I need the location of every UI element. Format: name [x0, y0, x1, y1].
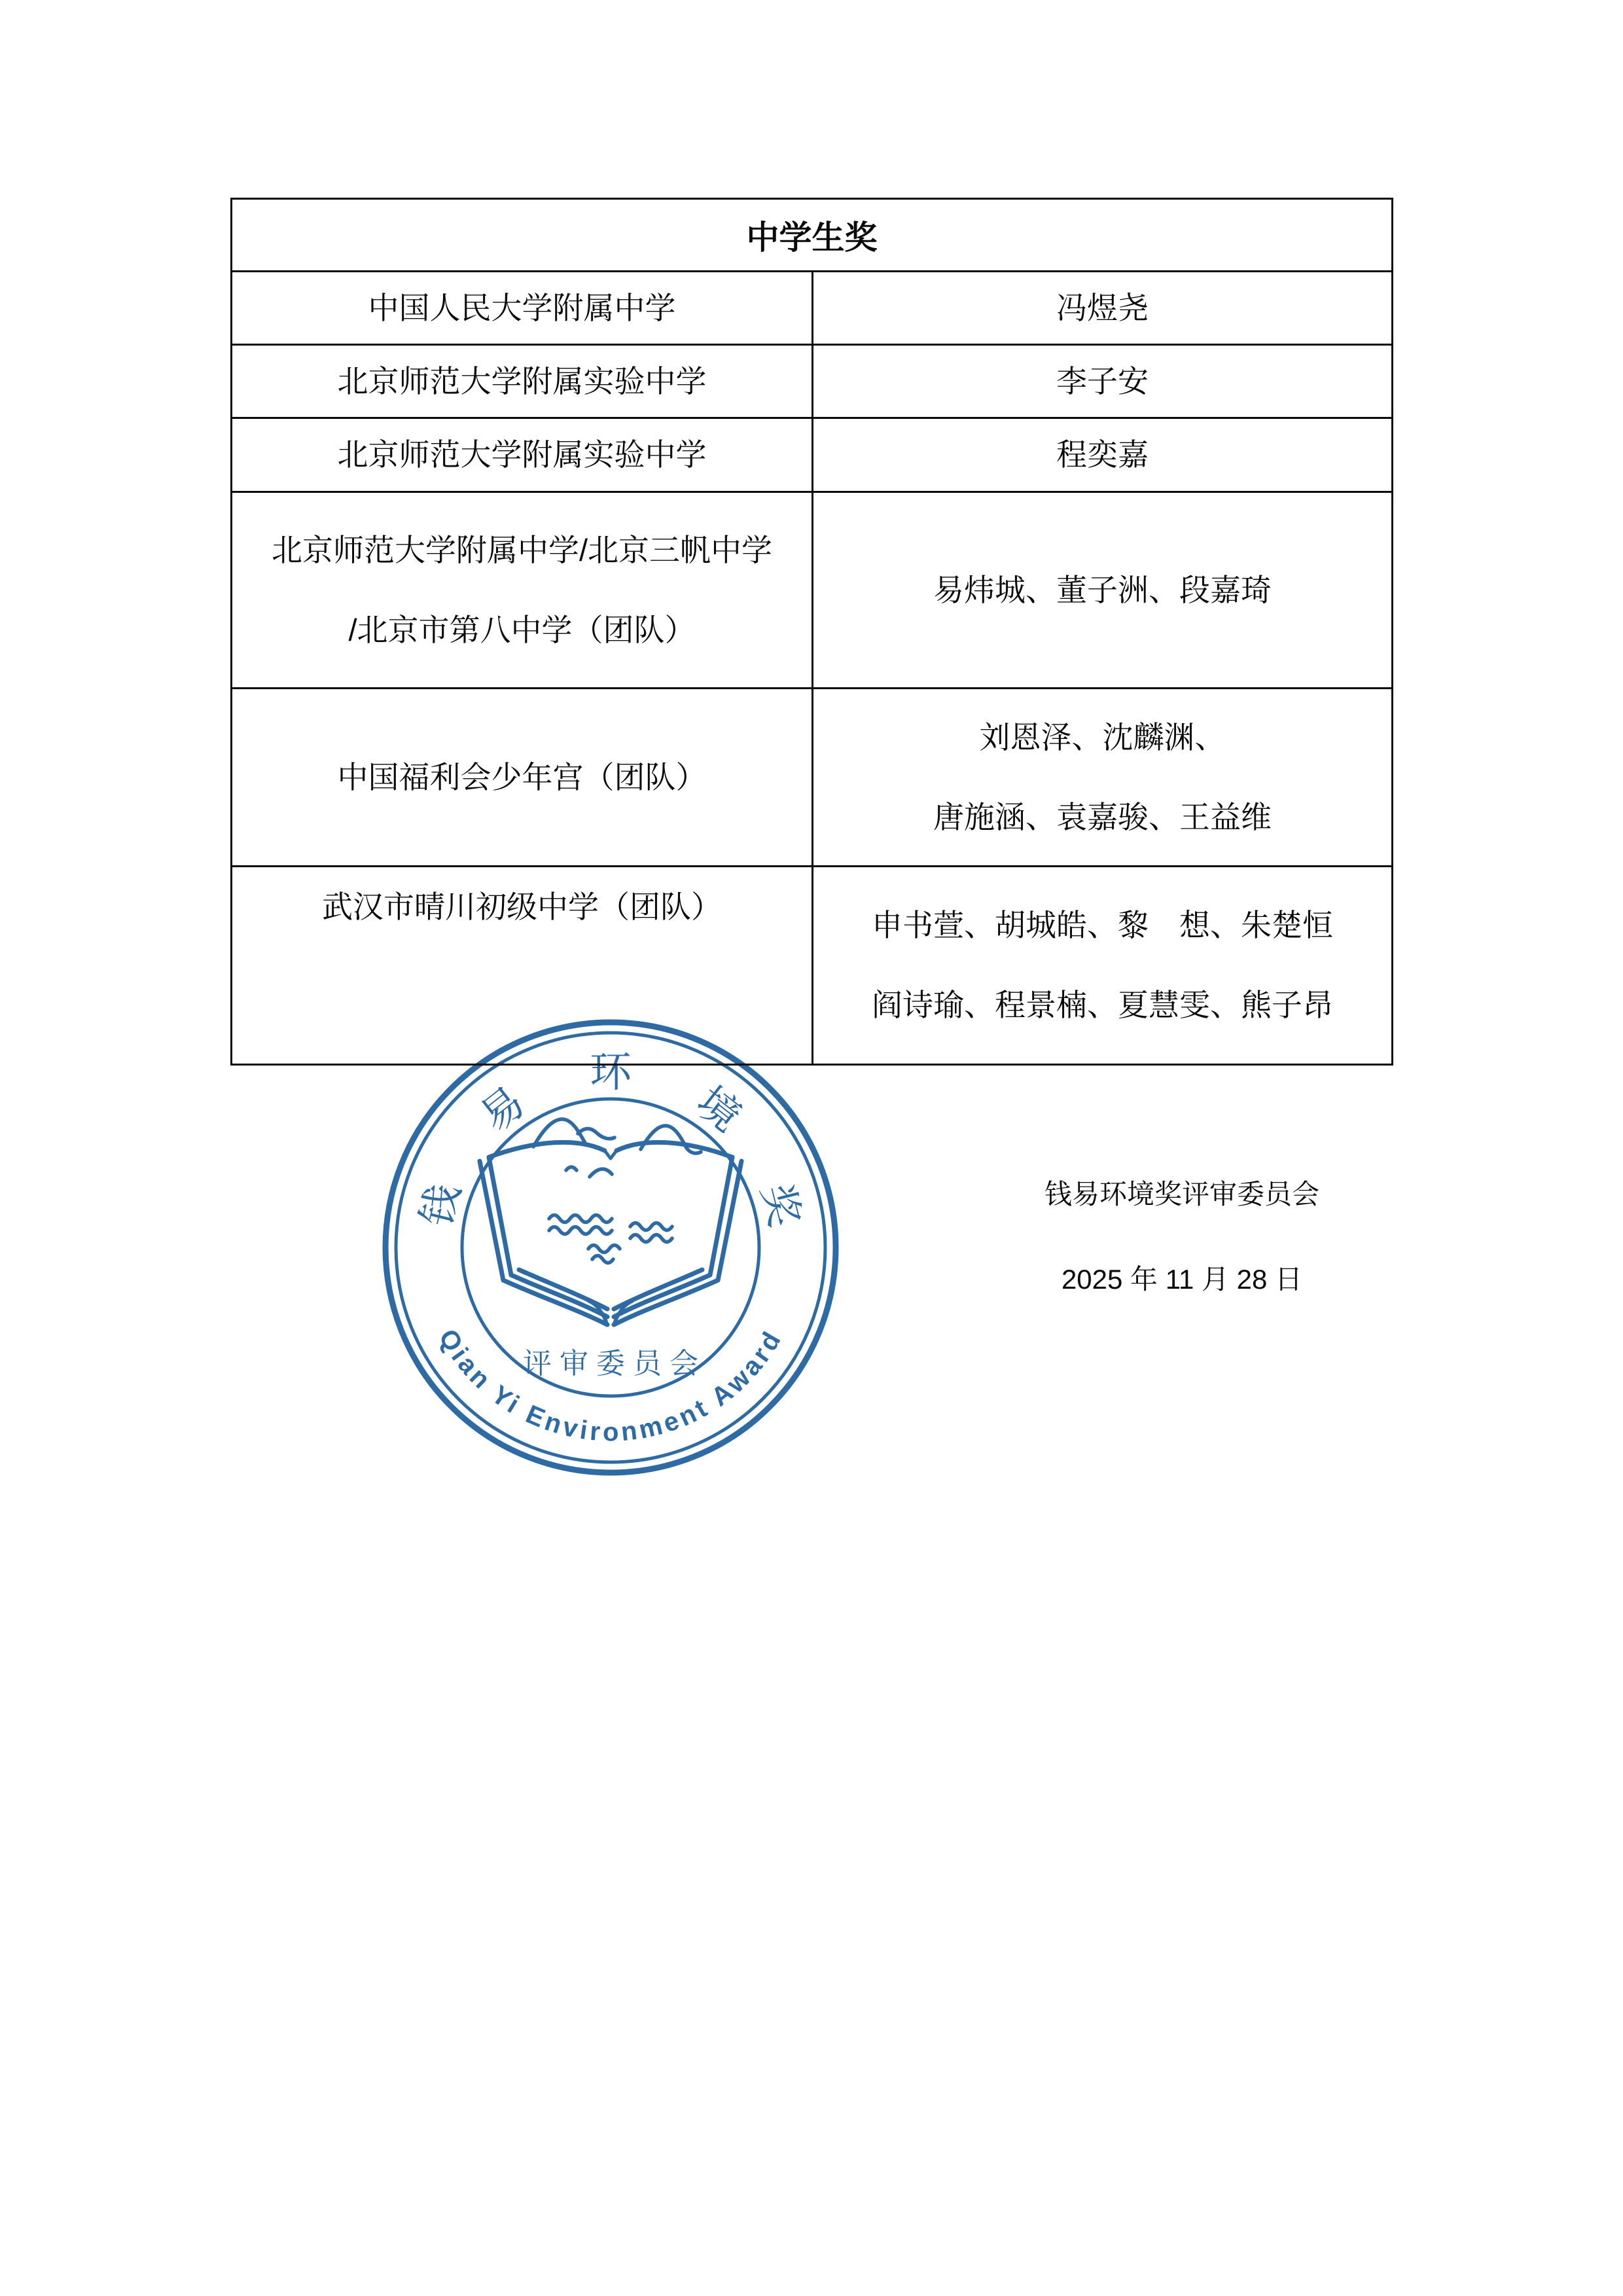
student-names: 刘恩泽、沈麟渊、 — [980, 698, 1226, 778]
school-cell: 中国人民大学附属中学 — [232, 272, 813, 344]
award-seal-stamp: 钱 易 环 境 奖 Qian Yi Environment Award 评审委员… — [382, 1018, 840, 1477]
table-row: 中国人民大学附属中学 冯煜尧 — [232, 272, 1391, 346]
student-cell: 李子安 — [813, 346, 1391, 417]
student-names: 冯煜尧 — [1056, 268, 1149, 348]
school-cell: 武汉市晴川初级中学（团队） — [232, 867, 813, 1064]
student-cell: 易炜城、董子洲、段嘉琦 — [813, 493, 1391, 687]
student-cell: 申书萱、胡城皓、黎 想、朱楚恒 阎诗瑜、程景楠、夏慧雯、熊子昂 — [813, 867, 1391, 1064]
seal-top-char: 奖 — [753, 1179, 808, 1231]
school-cell: 北京师范大学附属实验中学 — [232, 346, 813, 417]
student-cell: 程奕嘉 — [813, 419, 1391, 491]
school-cell: 中国福利会少年宫（团队） — [232, 689, 813, 865]
table-header-award-category: 中学生奖 — [232, 200, 1391, 272]
student-names: 申书萱、胡城皓、黎 想、朱楚恒 — [872, 886, 1333, 965]
signature-date: 2025 年 11 月 28 日 — [1018, 1255, 1346, 1304]
table-row: 中国福利会少年宫（团队） 刘恩泽、沈麟渊、 唐施涵、袁嘉骏、王益维 — [232, 689, 1391, 867]
school-name: /北京市第八中学（团队） — [348, 590, 695, 670]
waves-icon — [549, 1215, 672, 1263]
school-name: 中国人民大学附属中学 — [368, 268, 676, 348]
seal-top-char: 易 — [472, 1078, 534, 1141]
table-row: 北京师范大学附属实验中学 李子安 — [232, 346, 1391, 419]
student-names: 唐施涵、袁嘉骏、王益维 — [933, 778, 1272, 857]
table-row: 北京师范大学附属中学/北京三帆中学 /北京市第八中学（团队） 易炜城、董子洲、段… — [232, 493, 1391, 689]
school-cell: 北京师范大学附属实验中学 — [232, 419, 813, 491]
school-name: 北京师范大学附属中学/北京三帆中学 — [272, 511, 772, 590]
award-table: 中学生奖 中国人民大学附属中学 冯煜尧 北京师范大学附属实验中学 李子安 北京师… — [230, 198, 1393, 1066]
school-name: 中国福利会少年宫（团队） — [338, 738, 707, 817]
school-name: 武汉市晴川初级中学（团队） — [322, 867, 722, 947]
seal-center-text: 评审委员会 — [523, 1348, 706, 1380]
student-names: 李子安 — [1056, 342, 1149, 422]
table-row: 北京师范大学附属实验中学 程奕嘉 — [232, 419, 1391, 493]
seal-english-arc: Qian Yi Environment Award — [433, 1324, 788, 1446]
student-names: 程奕嘉 — [1056, 415, 1149, 495]
school-name: 北京师范大学附属实验中学 — [338, 342, 707, 422]
school-cell: 北京师范大学附属中学/北京三帆中学 /北京市第八中学（团队） — [232, 493, 813, 687]
table-row: 武汉市晴川初级中学（团队） 申书萱、胡城皓、黎 想、朱楚恒 阎诗瑜、程景楠、夏慧… — [232, 867, 1391, 1064]
document-page: 钱 易 环 境 奖 Qian Yi Environment Award 评审委员… — [0, 0, 1623, 2296]
student-names: 阎诗瑜、程景楠、夏慧雯、熊子昂 — [872, 965, 1333, 1045]
signature-block: 钱易环境奖评审委员会 2025 年 11 月 28 日 — [1018, 1170, 1346, 1304]
seal-top-char: 钱 — [412, 1179, 468, 1231]
school-name: 北京师范大学附属实验中学 — [338, 415, 707, 495]
student-cell: 刘恩泽、沈麟渊、 唐施涵、袁嘉骏、王益维 — [813, 689, 1391, 865]
seal-top-char: 境 — [688, 1078, 750, 1141]
student-names: 易炜城、董子洲、段嘉琦 — [933, 550, 1272, 630]
committee-name: 钱易环境奖评审委员会 — [1018, 1170, 1346, 1219]
student-cell: 冯煜尧 — [813, 272, 1391, 344]
